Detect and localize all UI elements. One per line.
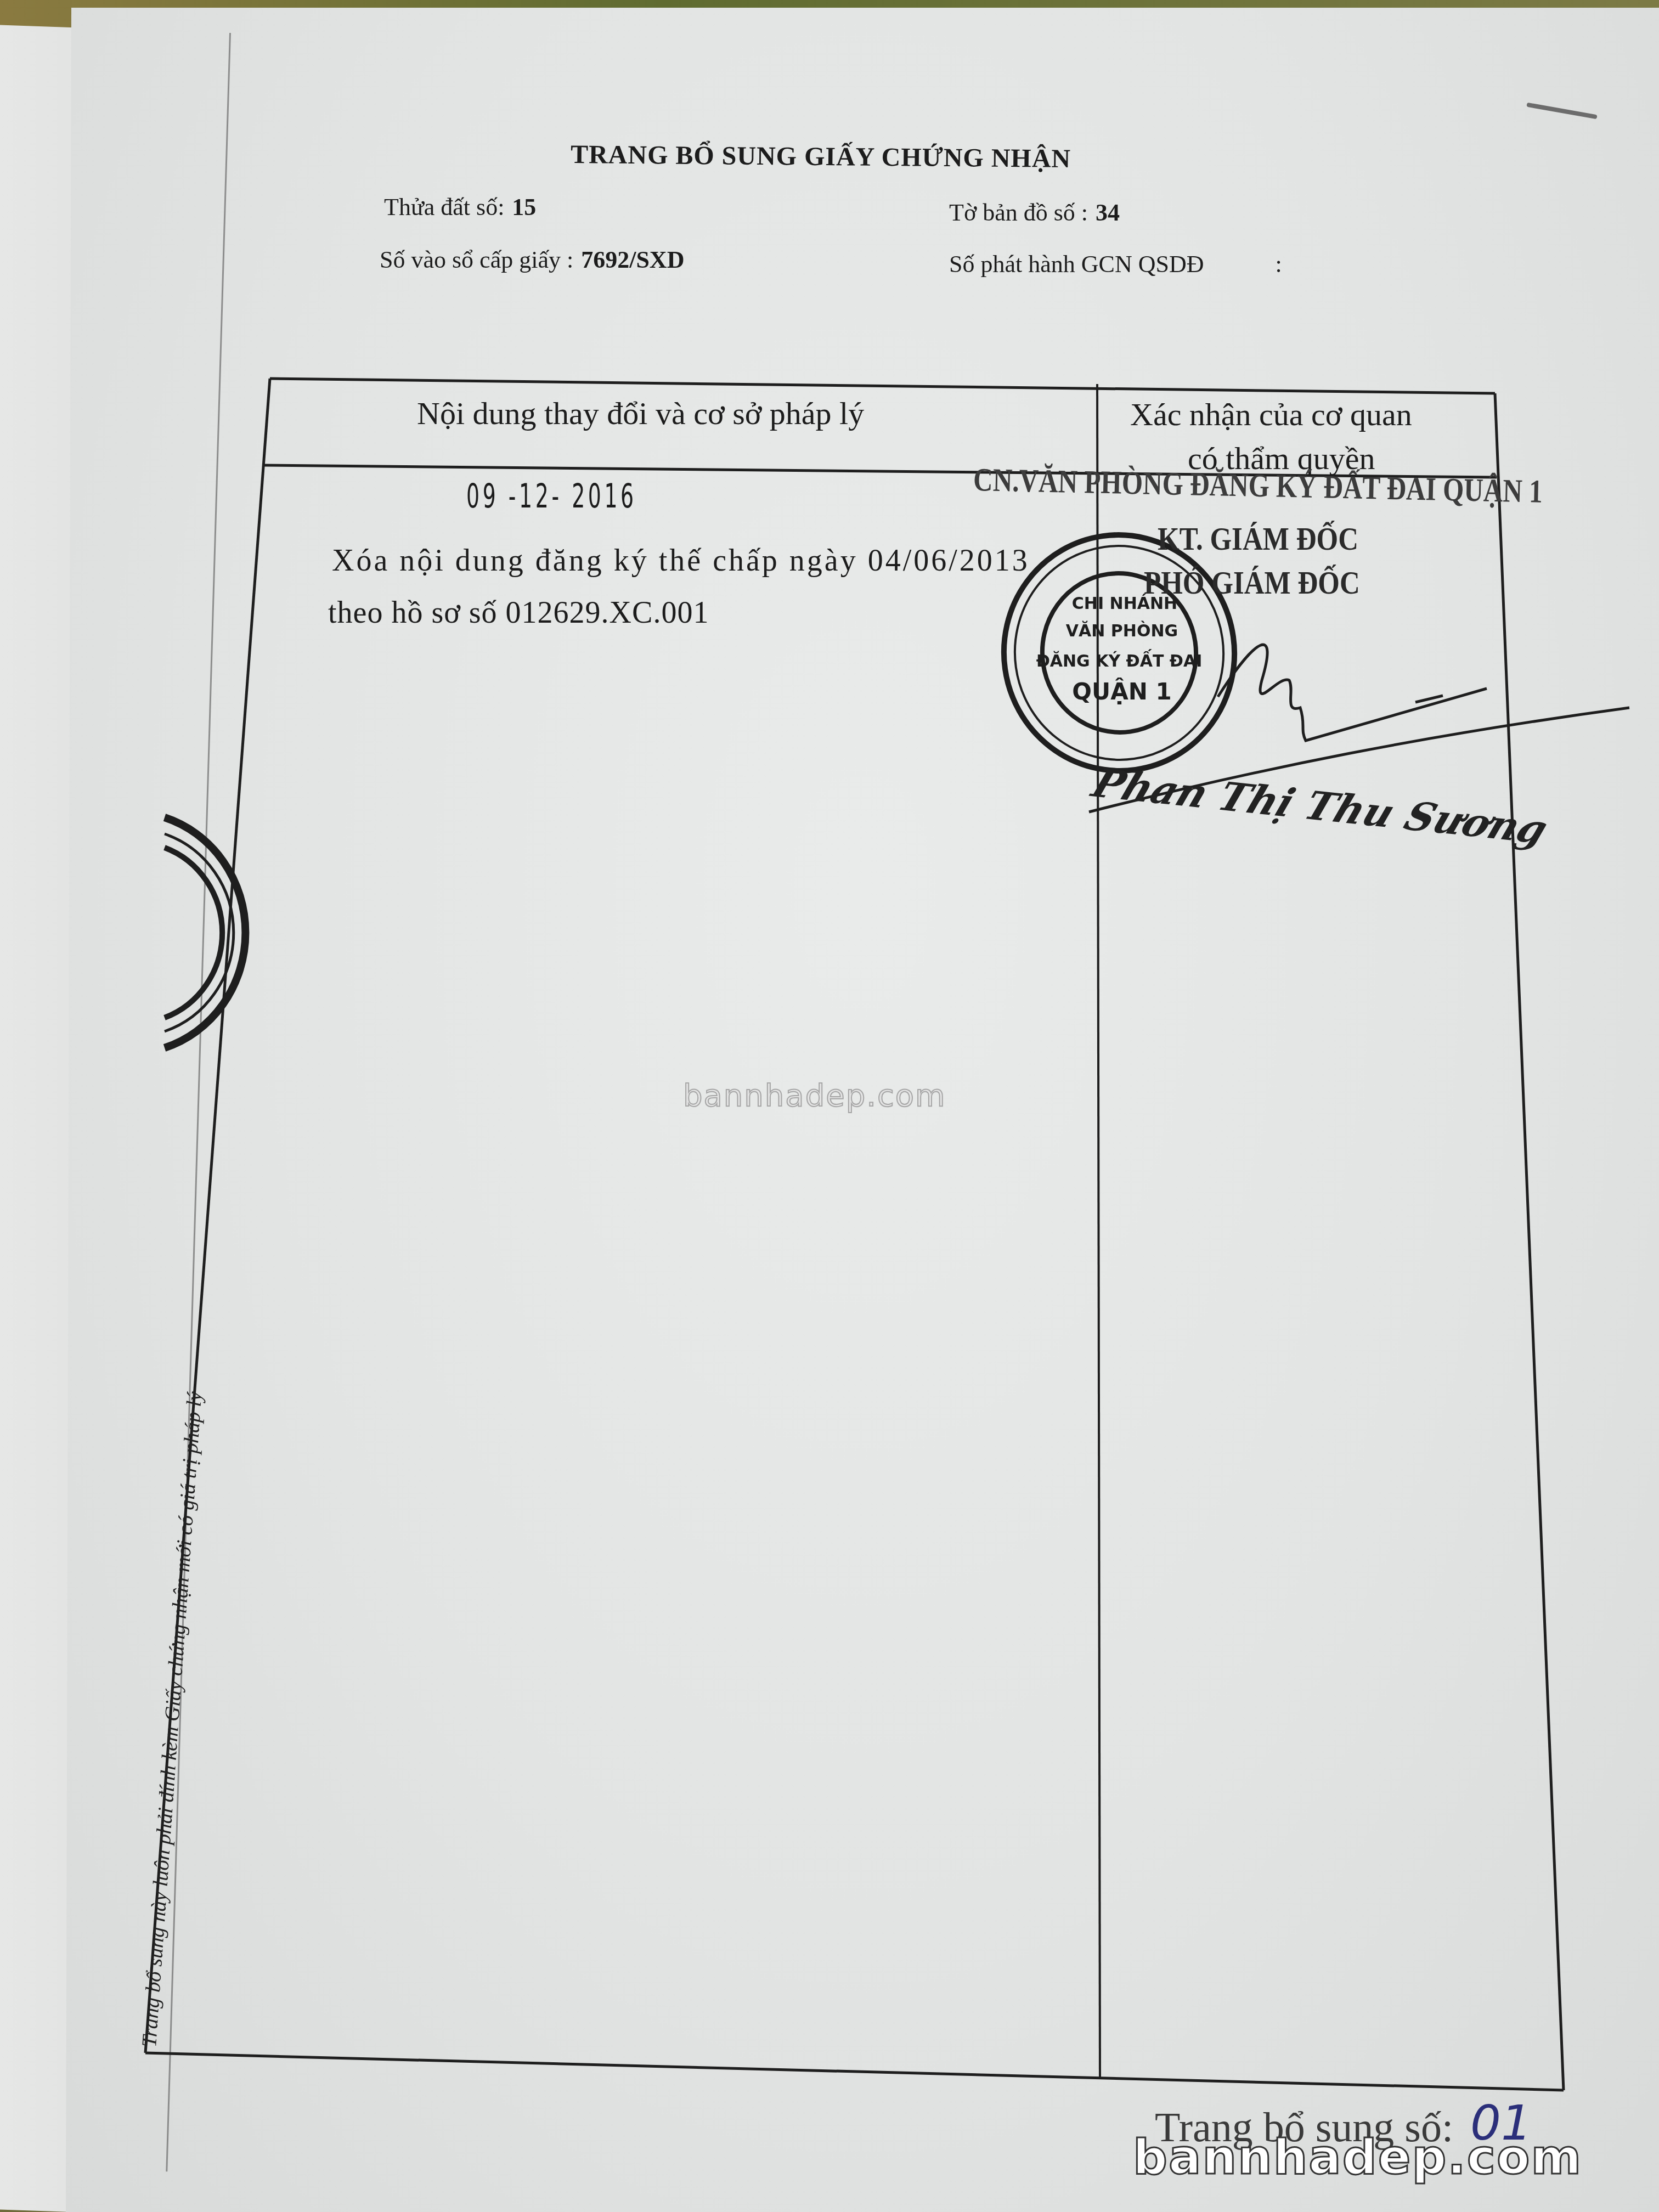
svg-text:ĐĂNG KÝ ĐẤT ĐAI: ĐĂNG KÝ ĐẤT ĐAI	[1036, 648, 1203, 671]
entry-date-stamp: 09 -12- 2016	[466, 477, 637, 516]
svg-text:QUẬN 1: QUẬN 1	[1072, 678, 1171, 705]
watermark-bottom: bannhadep.com	[1133, 2129, 1582, 2185]
authority-role-kt: KT. GIÁM ĐỐC	[1158, 520, 1358, 558]
table-bottom-border	[145, 2053, 1564, 2090]
svg-text:VĂN PHÒNG: VĂN PHÒNG	[1066, 620, 1178, 641]
table-right-border	[1495, 393, 1564, 2090]
column-header-changes: Nội dung thay đổi và cơ sở pháp lý	[417, 395, 864, 432]
entry-content-line1: Xóa nội dung đăng ký thế chấp ngày 04/06…	[332, 543, 1030, 578]
watermark-center: bannhadep.com	[683, 1078, 946, 1114]
seal-text: CHI NHÁNH VĂN PHÒNG ĐĂNG KÝ ĐẤT ĐAI QUẬN…	[1036, 594, 1203, 705]
margin-seal-icon	[165, 817, 245, 1048]
table-top-border	[270, 379, 1495, 393]
authority-role-deputy: PHÓ GIÁM ĐỐC	[1144, 564, 1360, 602]
column-header-confirmation-line1: Xác nhận của cơ quan	[1130, 396, 1412, 433]
entry-content-line2: theo hồ sơ số 012629.XC.001	[328, 595, 709, 630]
